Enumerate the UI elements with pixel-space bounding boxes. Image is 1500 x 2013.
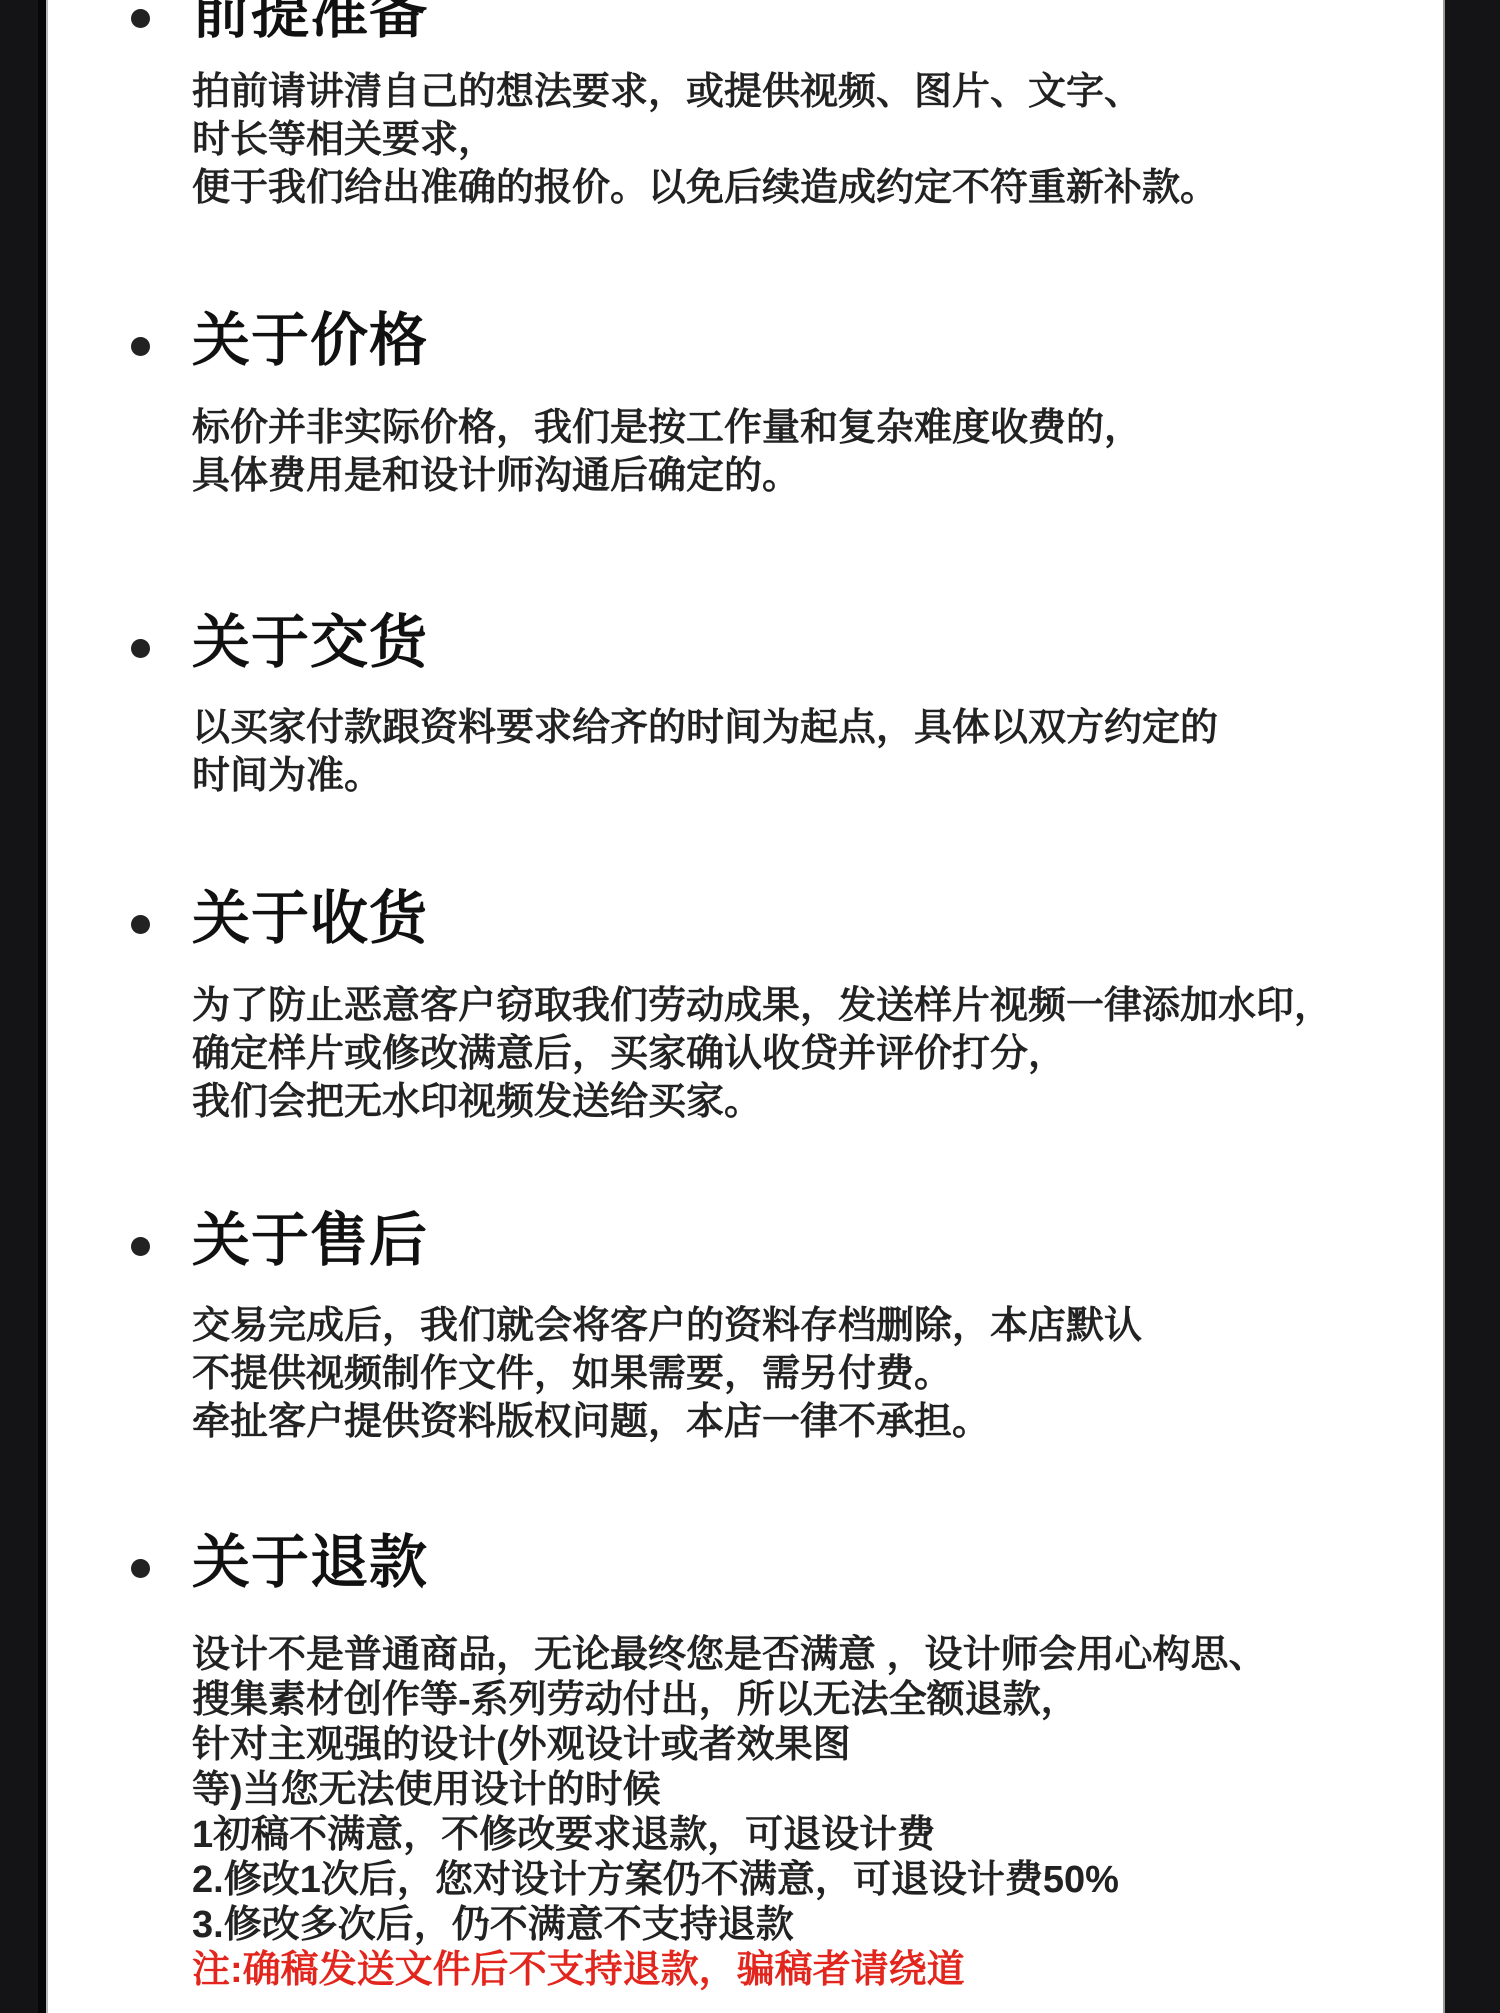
section-body: 设计不是普通商品，无论最终您是否满意 ，设计师会用心构思、 搜集素材创作等-系列… (192, 1633, 1430, 1993)
body-line: 时长等相关要求， (192, 116, 1430, 164)
section-heading: 前提准备 (192, 0, 428, 42)
bullet-icon (131, 915, 150, 934)
body-line: 时间为准。 (192, 752, 1430, 800)
body-line: 确定样片或修改满意后，买家确认收贷并评价打分， (192, 1030, 1430, 1078)
section-body: 为了防止恶意客户窃取我们劳动成果，发送样片视频一律添加水印， 确定样片或修改满意… (192, 982, 1430, 1126)
bullet-icon (131, 1237, 150, 1256)
bullet-icon (131, 9, 150, 28)
section-body: 交易完成后，我们就会将客户的资料存档删除，本店默认 不提供视频制作文件，如果需要… (192, 1302, 1430, 1446)
body-line: 以买家付款跟资料要求给齐的时间为起点，具体以双方约定的 (192, 704, 1430, 752)
section-heading-row: 前提准备 (0, 0, 1500, 42)
section-heading-row: 关于退款 (0, 1534, 1500, 1592)
section-heading-row: 关于收货 (0, 890, 1500, 948)
section-heading: 关于退款 (192, 1534, 428, 1592)
body-line: 我们会把无水印视频发送给买家。 (192, 1078, 1430, 1126)
section-refund: 关于退款 设计不是普通商品，无论最终您是否满意 ，设计师会用心构思、 搜集素材创… (0, 1534, 1500, 1993)
body-line: 不提供视频制作文件，如果需要，需另付费。 (192, 1350, 1430, 1398)
section-heading-row: 关于售后 (0, 1212, 1500, 1270)
section-heading: 关于收货 (192, 890, 428, 948)
section-receipt: 关于收货 为了防止恶意客户窃取我们劳动成果，发送样片视频一律添加水印， 确定样片… (0, 890, 1500, 1126)
section-body: 以买家付款跟资料要求给齐的时间为起点，具体以双方约定的 时间为准。 (192, 704, 1430, 800)
section-body: 标价并非实际价格，我们是按工作量和复杂难度收费的， 具体费用是和设计师沟通后确定… (192, 404, 1430, 500)
section-heading: 关于价格 (192, 312, 428, 370)
section-heading: 关于售后 (192, 1212, 428, 1270)
bullet-icon (131, 1559, 150, 1578)
body-line: 便于我们给出准确的报价。以免后续造成约定不符重新补款。 (192, 164, 1430, 212)
section-price: 关于价格 标价并非实际价格，我们是按工作量和复杂难度收费的， 具体费用是和设计师… (0, 312, 1500, 500)
section-preparation: 前提准备 拍前请讲清自己的想法要求，或提供视频、图片、文字、 时长等相关要求， … (0, 0, 1500, 212)
body-line: 2.修改1次后，您对设计方案仍不满意，可退设计费50% (192, 1858, 1430, 1903)
bullet-icon (131, 639, 150, 658)
section-heading-row: 关于价格 (0, 312, 1500, 370)
section-body: 拍前请讲清自己的想法要求，或提供视频、图片、文字、 时长等相关要求， 便于我们给… (192, 68, 1430, 212)
body-line: 针对主观强的设计(外观设计或者效果图 (192, 1723, 1430, 1768)
body-line: 具体费用是和设计师沟通后确定的。 (192, 452, 1430, 500)
refund-warning-note: 注:确稿发送文件后不支持退款，骗稿者请绕道 (192, 1948, 1430, 1993)
body-line: 1初稿不满意，不修改要求退款，可退设计费 (192, 1813, 1430, 1858)
body-line: 为了防止恶意客户窃取我们劳动成果，发送样片视频一律添加水印， (192, 982, 1430, 1030)
left-black-border (0, 0, 48, 2013)
body-line: 等)当您无法使用设计的时候 (192, 1768, 1430, 1813)
right-black-border (1443, 0, 1500, 2013)
body-line: 拍前请讲清自己的想法要求，或提供视频、图片、文字、 (192, 68, 1430, 116)
body-line: 交易完成后，我们就会将客户的资料存档删除，本店默认 (192, 1302, 1430, 1350)
body-line: 牵扯客户提供资料版权问题，本店一律不承担。 (192, 1398, 1430, 1446)
body-line: 搜集素材创作等-系列劳动付出，所以无法全额退款， (192, 1678, 1430, 1723)
section-delivery: 关于交货 以买家付款跟资料要求给齐的时间为起点，具体以双方约定的 时间为准。 (0, 614, 1500, 800)
section-after-sales: 关于售后 交易完成后，我们就会将客户的资料存档删除，本店默认 不提供视频制作文件… (0, 1212, 1500, 1446)
terms-document: 前提准备 拍前请讲清自己的想法要求，或提供视频、图片、文字、 时长等相关要求， … (0, 0, 1500, 1993)
section-heading: 关于交货 (192, 614, 428, 672)
body-line: 设计不是普通商品，无论最终您是否满意 ，设计师会用心构思、 (192, 1633, 1430, 1678)
bullet-icon (131, 337, 150, 356)
section-heading-row: 关于交货 (0, 614, 1500, 672)
body-line: 3.修改多次后，仍不满意不支持退款 (192, 1903, 1430, 1948)
body-line: 标价并非实际价格，我们是按工作量和复杂难度收费的， (192, 404, 1430, 452)
